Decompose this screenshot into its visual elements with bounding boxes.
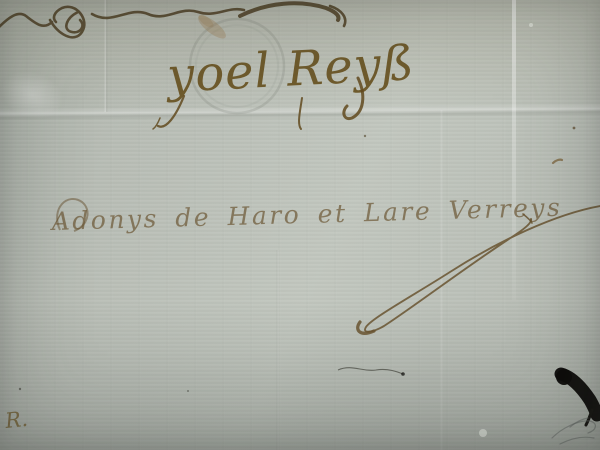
corner-initial-text: R. xyxy=(3,407,29,433)
name-line-text: yoel Reyß xyxy=(164,35,416,104)
black-ink-mark xyxy=(556,369,597,425)
light-paper-fleck xyxy=(479,429,487,437)
center-line-text: Adonys de Haro et Lare Verreys xyxy=(49,193,562,236)
second-y-descender xyxy=(299,98,302,129)
manuscript-photo: yoel Reyß Adonys de Haro et Lare Verreys… xyxy=(0,0,600,450)
cropped-line-strokes xyxy=(0,3,345,37)
light-paper-fleck-top xyxy=(529,23,533,27)
handwriting-layer: yoel Reyß Adonys de Haro et Lare Verreys… xyxy=(0,0,600,450)
paper-crack xyxy=(338,368,405,376)
name-line: yoel Reyß xyxy=(153,35,416,129)
center-line: Adonys de Haro et Lare Verreys xyxy=(49,193,562,236)
